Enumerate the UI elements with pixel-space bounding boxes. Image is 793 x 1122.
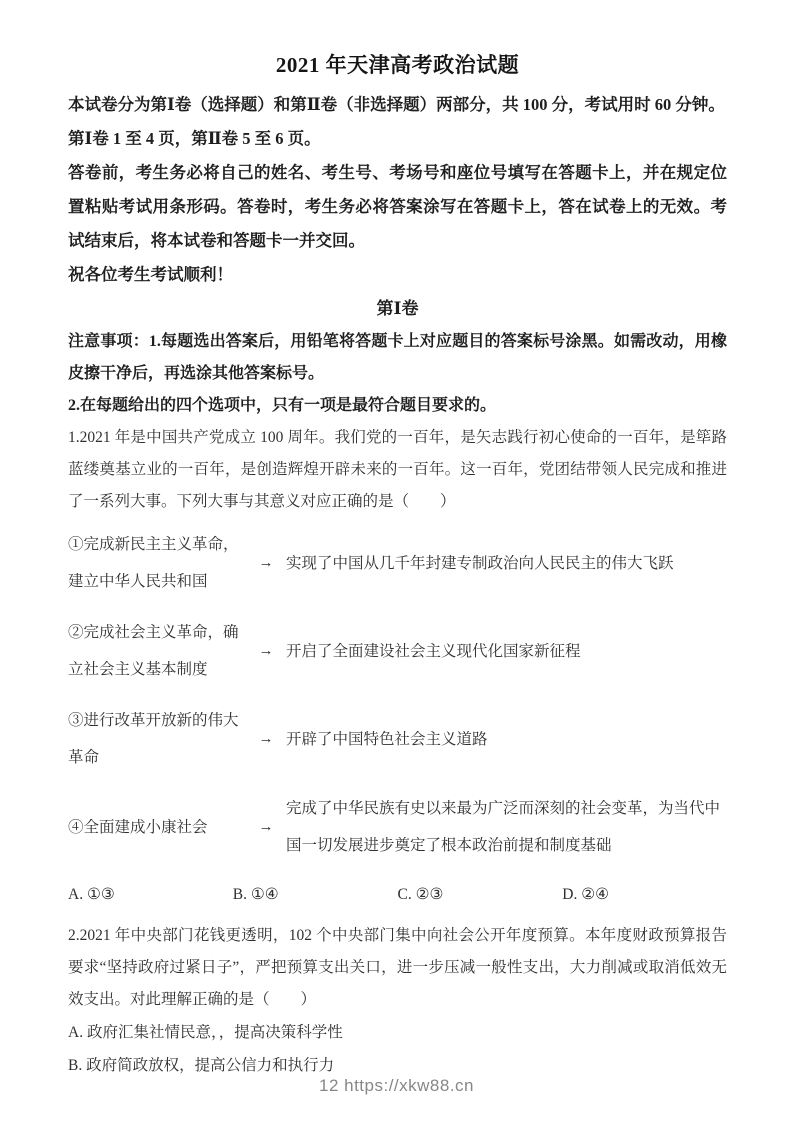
page-footer-watermark: 12 https://xkw88.cn bbox=[0, 1076, 793, 1096]
section-title-volume-1: 第Ⅰ卷 bbox=[68, 292, 727, 326]
question-1-stem: 1.2021 年是中国共产党成立 100 周年。我们党的一百年，是矢志践行初心使… bbox=[68, 422, 727, 518]
matching-meaning-4: 完成了中华民族有史以来最为广泛而深刻的社会变革，为当代中国一切发展进步奠定了根本… bbox=[286, 790, 727, 864]
matching-event-1: ①完成新民主主义革命，建立中华人民共和国 bbox=[68, 526, 246, 600]
right-arrow-icon: → bbox=[246, 555, 286, 572]
exam-document-page: 2021 年天津高考政治试题 本试卷分为第Ⅰ卷（选择题）和第Ⅱ卷（非选择题）两部… bbox=[0, 0, 793, 1122]
right-arrow-icon: → bbox=[246, 643, 286, 660]
matching-meaning-3: 开辟了中国特色社会主义道路 bbox=[286, 721, 727, 758]
q1-option-c: C. ②③ bbox=[398, 878, 563, 912]
matching-event-4: ④全面建成小康社会 bbox=[68, 809, 246, 846]
page-content: 2021 年天津高考政治试题 本试卷分为第Ⅰ卷（选择题）和第Ⅱ卷（非选择题）两部… bbox=[0, 0, 793, 1082]
exam-description-line: 本试卷分为第Ⅰ卷（选择题）和第Ⅱ卷（非选择题）两部分，共 100 分，考试用时 … bbox=[68, 88, 727, 122]
q2-option-a: A. 政府汇集社情民意，，提高决策科学性 bbox=[68, 1016, 727, 1049]
matching-row-1: ①完成新民主主义革命，建立中华人民共和国 → 实现了中国从几千年封建专制政治向人… bbox=[68, 526, 727, 600]
q1-options-row: A. ①③ B. ①④ C. ②③ D. ②④ bbox=[68, 878, 727, 912]
right-arrow-icon: → bbox=[246, 819, 286, 836]
matching-meaning-1: 实现了中国从几千年封建专制政治向人民民主的伟大飞跃 bbox=[286, 545, 727, 582]
matching-meaning-2: 开启了全面建设社会主义现代化国家新征程 bbox=[286, 633, 727, 670]
matching-row-4: ④全面建成小康社会 → 完成了中华民族有史以来最为广泛而深刻的社会变革，为当代中… bbox=[68, 790, 727, 864]
right-arrow-icon: → bbox=[246, 731, 286, 748]
q1-option-a: A. ①③ bbox=[68, 878, 233, 912]
answer-sheet-instructions: 答卷前，考生务必将自己的姓名、考生号、考场号和座位号填写在答题卡上，并在规定位置… bbox=[68, 156, 727, 258]
q1-option-d: D. ②④ bbox=[562, 878, 727, 912]
matching-row-3: ③进行改革开放新的伟大革命 → 开辟了中国特色社会主义道路 bbox=[68, 702, 727, 776]
matching-event-2: ②完成社会主义革命，确立社会主义基本制度 bbox=[68, 614, 246, 688]
q1-matching-table: ①完成新民主主义革命，建立中华人民共和国 → 实现了中国从几千年封建专制政治向人… bbox=[68, 526, 727, 864]
page-range-line: 第Ⅰ卷 1 至 4 页，第Ⅱ卷 5 至 6 页。 bbox=[68, 122, 727, 156]
question-2-stem: 2.2021 年中央部门花钱更透明，102 个中央部门集中向社会公开年度预算。本… bbox=[68, 920, 727, 1016]
notice-paragraph-2: 2.在每题给出的四个选项中，只有一项是最符合题目要求的。 bbox=[68, 390, 727, 422]
page-title: 2021 年天津高考政治试题 bbox=[68, 50, 727, 80]
notice-paragraph-1: 注意事项：1.每题选出答案后，用铅笔将答题卡上对应题目的答案标号涂黑。如需改动，… bbox=[68, 326, 727, 390]
matching-row-2: ②完成社会主义革命，确立社会主义基本制度 → 开启了全面建设社会主义现代化国家新… bbox=[68, 614, 727, 688]
good-luck-message: 祝各位考生考试顺利！ bbox=[68, 258, 727, 292]
q1-option-b: B. ①④ bbox=[233, 878, 398, 912]
matching-event-3: ③进行改革开放新的伟大革命 bbox=[68, 702, 246, 776]
